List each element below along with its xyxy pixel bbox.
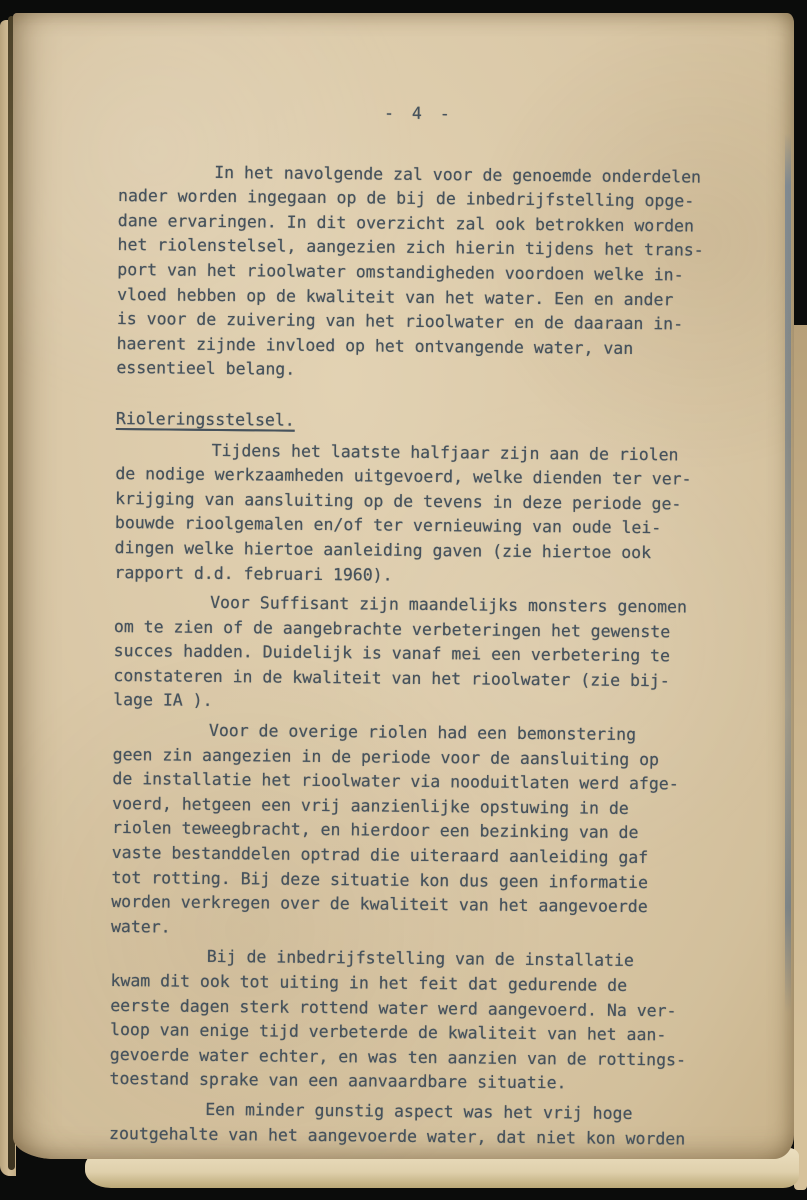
page-number: - 4 -: [119, 99, 719, 129]
paragraph: Een minder gunstig aspect was het vrij h…: [109, 1097, 709, 1152]
paragraph: Tijdens het laatste halfjaar zijn aan de…: [114, 438, 715, 591]
paragraph: Voor Suffisant zijn maandelijks monsters…: [113, 590, 714, 719]
page-edge-ink-streak: [785, 133, 791, 1013]
paragraph: Voor de overige riolen had een bemonster…: [111, 718, 713, 945]
document-body: In het navolgende zal voor de genoemde o…: [109, 160, 718, 1152]
text-line: zoutgehalte van het aangevoerde water, d…: [109, 1122, 709, 1152]
text-line: Rioleringsstelsel.: [116, 407, 716, 437]
scanned-report-page: - 4 - In het navolgende zal voor de geno…: [13, 13, 794, 1159]
underlying-page-edge-right: [794, 325, 807, 1190]
section-heading: Rioleringsstelsel.: [116, 407, 716, 437]
paragraph: Bij de inbedrijfstelling van de installa…: [109, 944, 710, 1097]
typewritten-content: - 4 - In het navolgende zal voor de geno…: [109, 99, 719, 1152]
text-line: lage IA ).: [113, 688, 713, 718]
paragraph: In het navolgende zal voor de genoemde o…: [116, 160, 718, 387]
